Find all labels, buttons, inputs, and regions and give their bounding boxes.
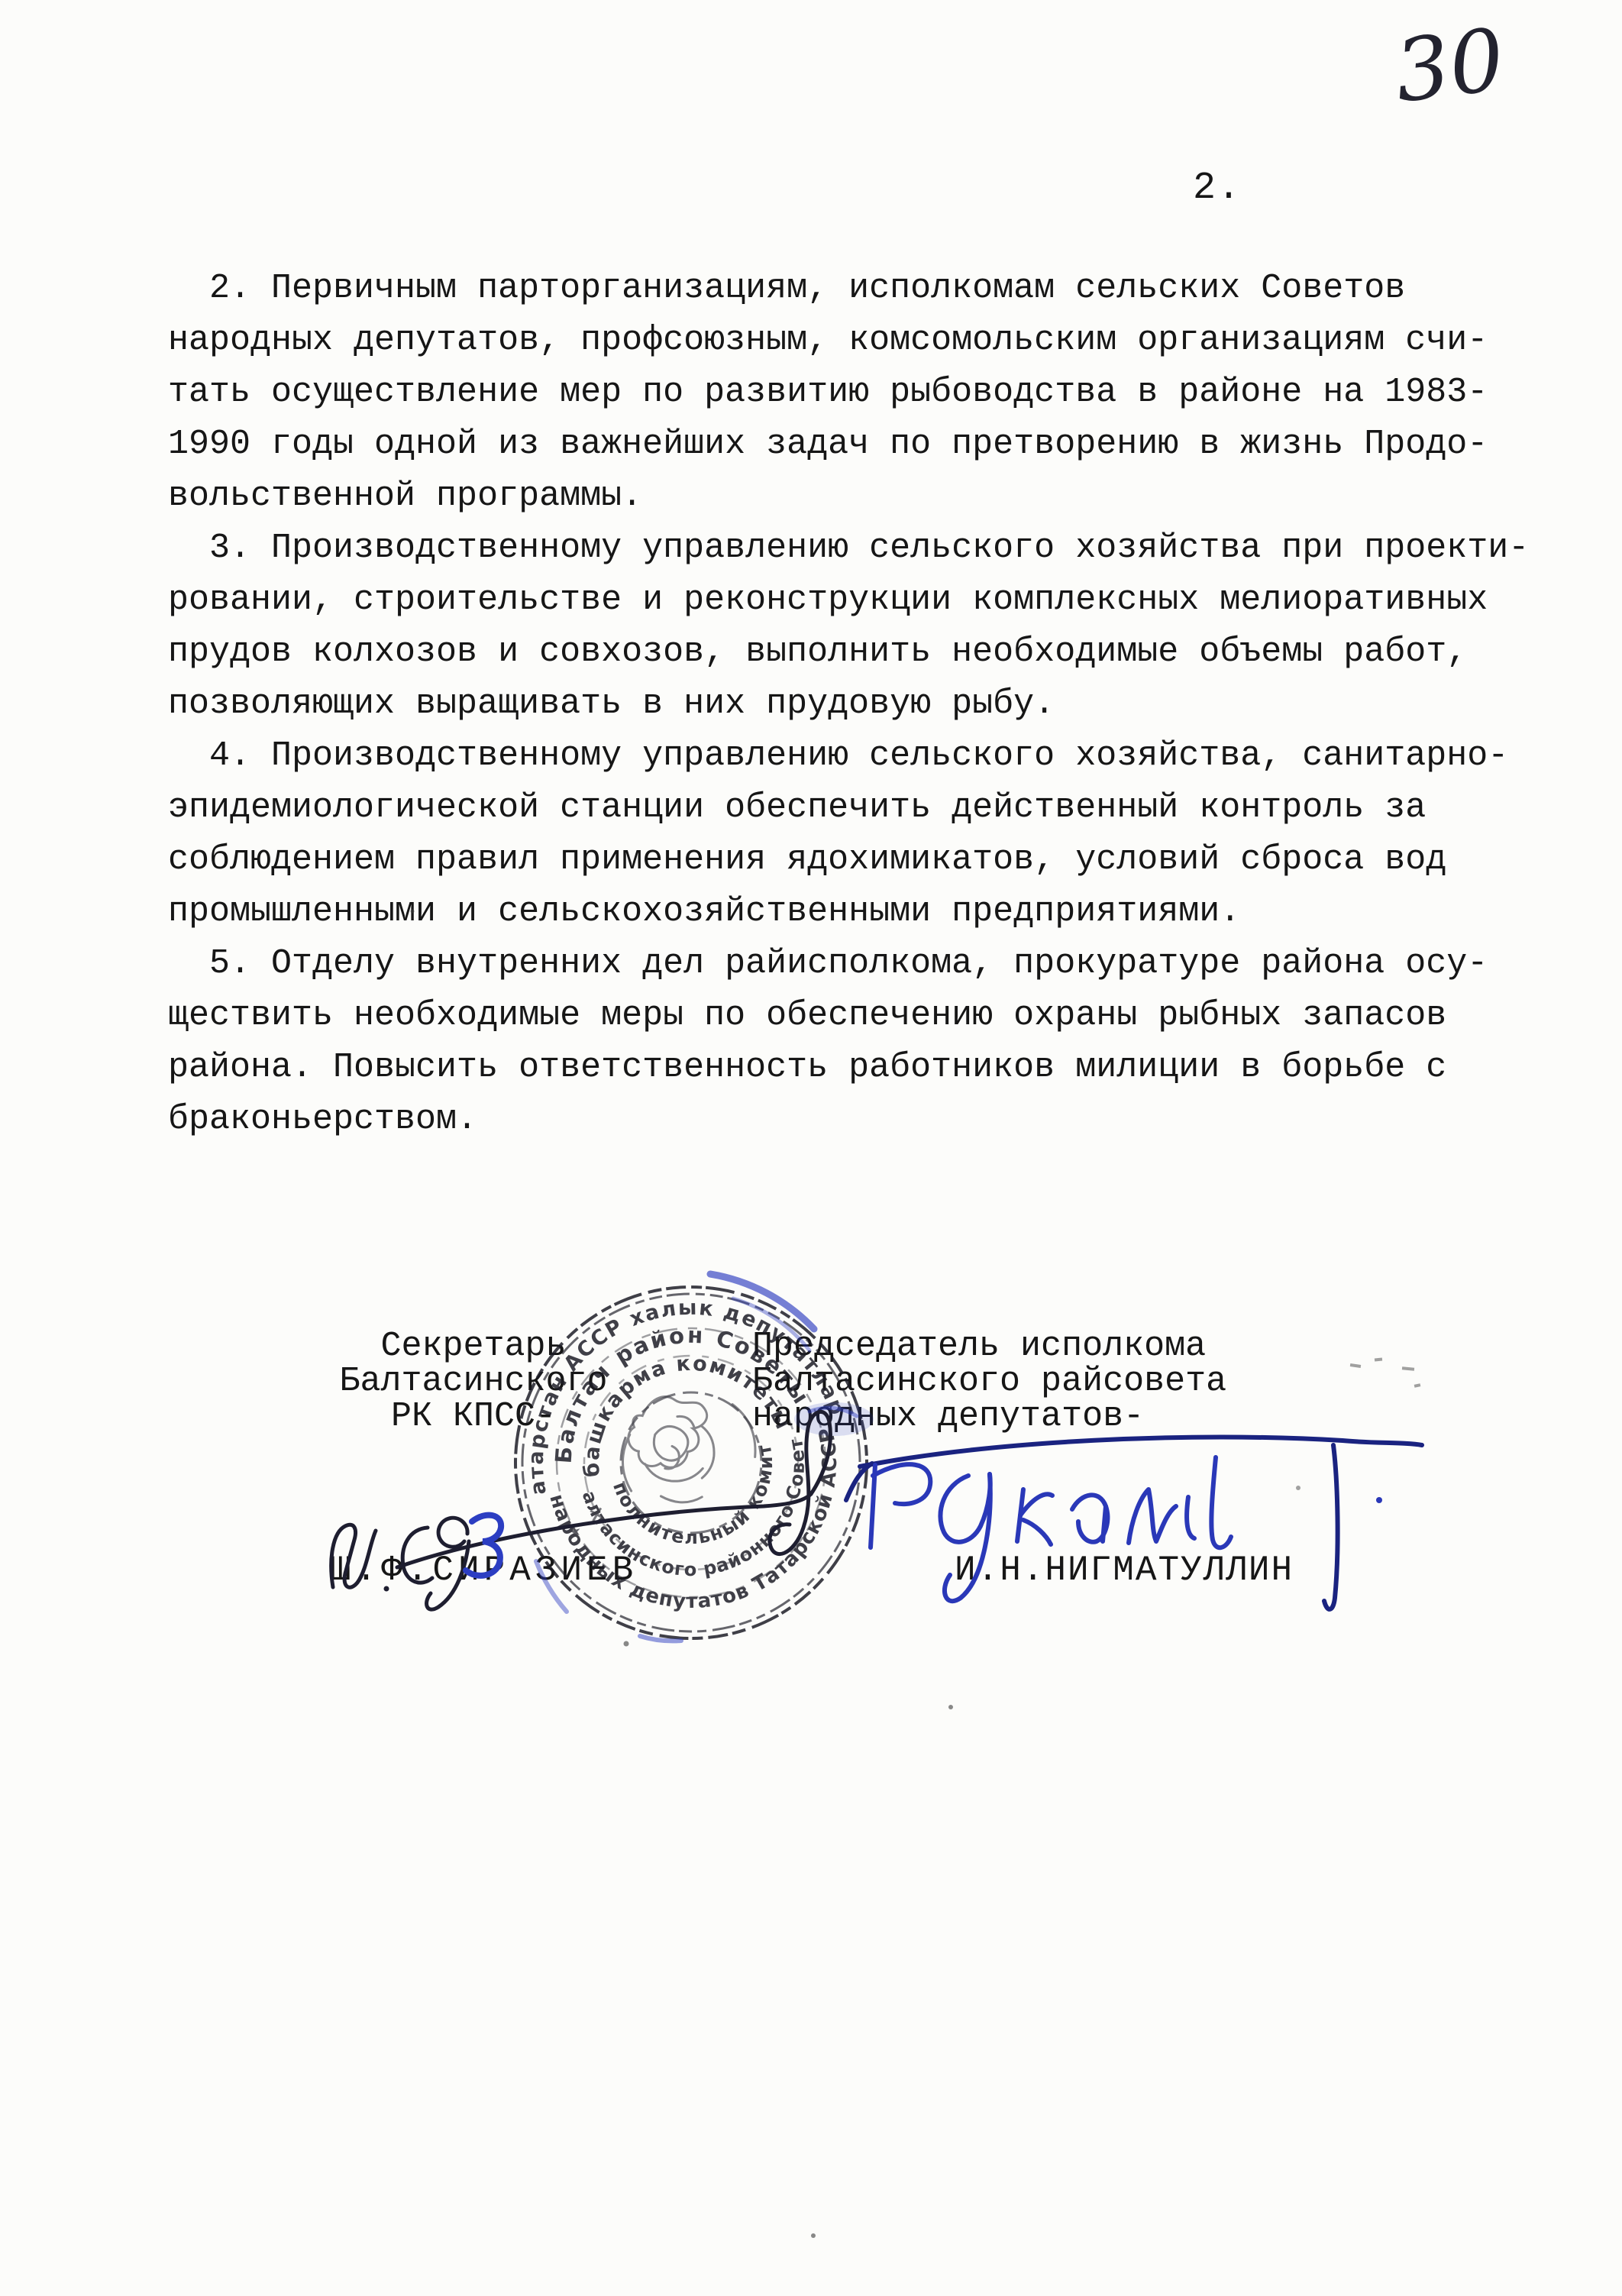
paragraph-5: 5. Отделу внутренних дел райисполкома, п… [168, 938, 1529, 1146]
signer-name-left: Ш.Ф.СИРАЗИЕВ [330, 1551, 638, 1590]
seal-outer-ring-inner [486, 1258, 896, 1667]
document-body: 2. Первичным парторганизациям, исполкома… [168, 263, 1529, 1146]
pencil-specks [1296, 1357, 1420, 1490]
paragraph-2: 2. Первичным парторганизациям, исполкома… [168, 263, 1529, 522]
page-number: 2. [1193, 167, 1242, 210]
seal-emblem-icon [609, 1378, 766, 1515]
signer-name-right: И.Н.НИГМАТУЛЛИН [955, 1551, 1294, 1590]
seal-outer-ring [478, 1250, 904, 1676]
signer-title-left: Секретарь Балтасинского РК КПСС- [321, 1329, 626, 1434]
scanned-document-page: 2. 2. Первичным парторганизациям, исполк… [0, 0, 1622, 2296]
seal-inner-ring [606, 1377, 776, 1547]
handwritten-mark-30: 30 [1390, 10, 1510, 121]
svg-text:народных депутатов Татарской А: народных депутатов Татарской АССР [544, 1424, 874, 1646]
signer-title-right: Председатель исполкома Балтасинского рай… [752, 1329, 1226, 1434]
seal-cross-mark [590, 1508, 603, 1521]
paragraph-4: 4. Производственному управлению сельског… [168, 730, 1529, 938]
seal-star-icon: ★ [567, 1518, 583, 1544]
paragraph-3: 3. Производственному управлению сельског… [168, 522, 1529, 730]
seal-ring1-bottom-text: народных депутатов Татарской АССР [544, 1424, 874, 1646]
